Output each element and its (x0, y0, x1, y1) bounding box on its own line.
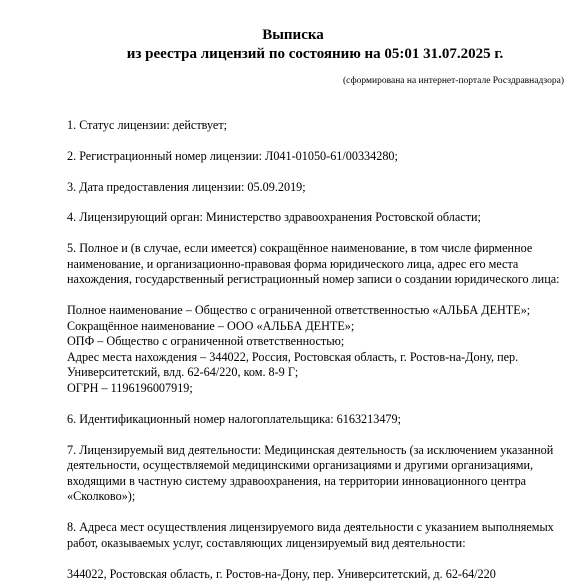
legal-address-cont: Университетский, влд. 62-64/220, ком. 8-… (67, 365, 573, 381)
activity-address: 344022, Ростовская область, г. Ростов-на… (67, 567, 573, 583)
licensed-activity: 7. Лицензируемый вид деятельности: Медиц… (67, 443, 573, 505)
short-name: Сокращённое наименование – ООО «АЛЬБА ДЕ… (67, 319, 573, 335)
full-name: Полное наименование – Общество с огранич… (67, 303, 573, 319)
organization-heading-line: нахождения, государственный регистрацион… (67, 272, 573, 288)
addresses-heading: 8. Адреса мест осуществления лицензируем… (67, 520, 573, 551)
legal-address: Адрес места нахождения – 344022, Россия,… (67, 350, 573, 366)
legal-form: ОПФ – Общество с ограниченной ответствен… (67, 334, 573, 350)
ogrn: ОГРН – 1196196007919; (67, 381, 573, 397)
addresses-heading-line: работ, оказываемых услуг, составляющих л… (67, 536, 573, 552)
activity-line: деятельности, осуществляемой медицинским… (67, 458, 573, 474)
activity-line: 7. Лицензируемый вид деятельности: Медиц… (67, 443, 573, 459)
addresses-heading-line: 8. Адреса мест осуществления лицензируем… (67, 520, 573, 536)
organization-details: Полное наименование – Общество с огранич… (67, 303, 573, 397)
issue-date: 3. Дата предоставления лицензии: 05.09.2… (67, 180, 573, 196)
license-status: 1. Статус лицензии: действует; (67, 118, 573, 134)
document-subtitle: из реестра лицензий по состоянию на 05:0… (22, 45, 586, 63)
organization-heading: 5. Полное и (в случае, если имеется) сок… (67, 241, 573, 288)
organization-heading-line: 5. Полное и (в случае, если имеется) сок… (67, 241, 573, 257)
activity-line: «Сколково»); (67, 489, 573, 505)
document-title: Выписка (0, 26, 586, 44)
organization-heading-line: наименование, и организационно-правовая … (67, 257, 573, 273)
source-note: (сформирована на интернет-портале Росздр… (343, 75, 564, 87)
activity-line: входящими в частную систему здравоохране… (67, 474, 573, 490)
inn: 6. Идентификационный номер налогоплатель… (67, 412, 573, 428)
document-body: 1. Статус лицензии: действует; 2. Регист… (67, 118, 573, 582)
registration-number: 2. Регистрационный номер лицензии: Л041-… (67, 149, 573, 165)
licensing-body: 4. Лицензирующий орган: Министерство здр… (67, 210, 573, 226)
